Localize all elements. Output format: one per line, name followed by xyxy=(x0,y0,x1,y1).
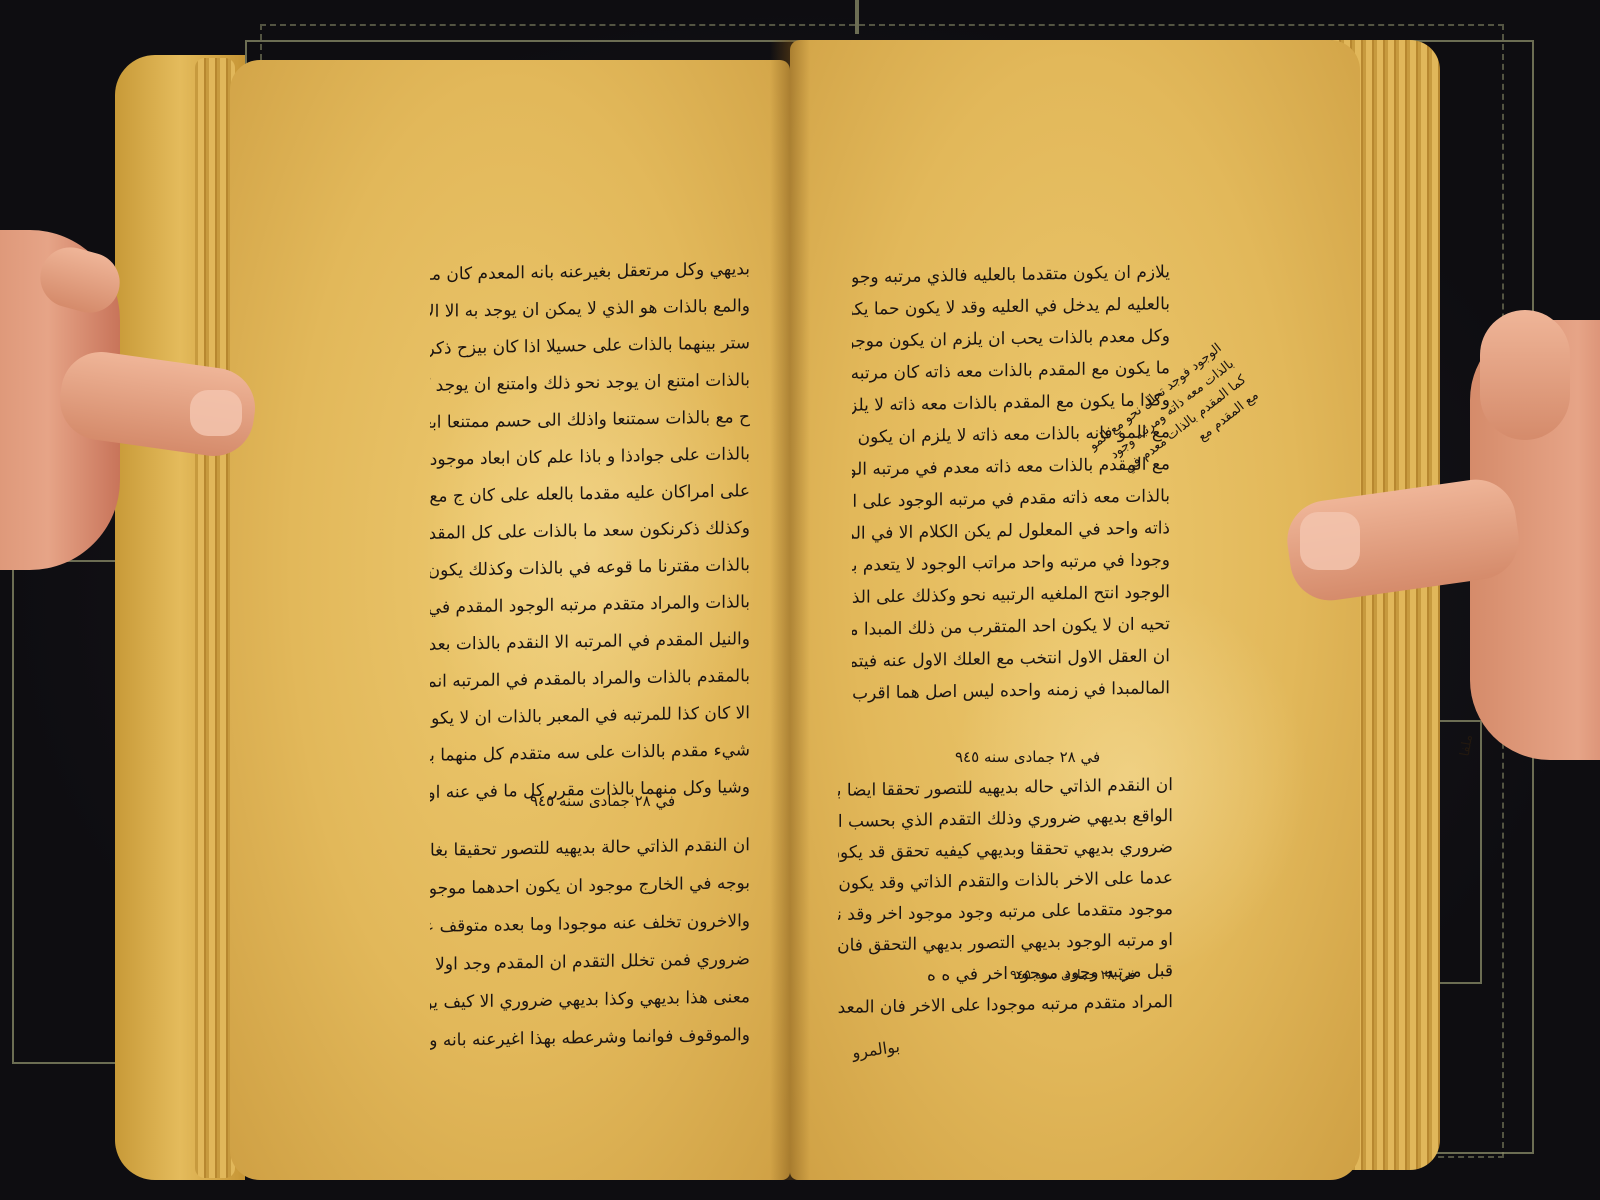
text-line: الواقع بديهي ضروري وذلك التقدم الذي بحسب… xyxy=(838,806,1173,832)
left-page-stack xyxy=(195,58,235,1178)
text-line: بالذات امتنع ان يوجد نحو ذلك وامتنع ان ي… xyxy=(430,370,750,396)
text-line: المالمبدا في زمنه واحده ليس اصل هما اقرب… xyxy=(852,678,1170,704)
mat-frame-line-right xyxy=(1440,720,1482,984)
text-line: شيء مقدم بالذات على سه متقدم كل منهما با… xyxy=(430,740,750,766)
text-line: ضروري بديهي تحققا وبديهي كيفيه تحقق قد ي… xyxy=(838,837,1173,863)
right-page-second-date: في ٢٨ جمادى سنه ٩٤٥ xyxy=(1010,968,1136,983)
right-page-date-colophon: في ٢٨ جمادى سنه ٩٤٥ xyxy=(955,748,1100,766)
text-line: بالمقدم بالذات والمراد بالمقدم في المرتب… xyxy=(430,666,750,692)
text-line: ستر بينهما بالذات على حسيلا اذا كان بيزح… xyxy=(430,333,750,359)
text-line: ح مع بالذات سمتنعا واذلك الى حسم ممتنعا … xyxy=(430,407,750,433)
text-line: ان العقل الاول انتخب مع العلك الاول عنه … xyxy=(852,646,1170,672)
text-line: الوجود انتح الملغيه الرتبيه نحو وكذلك عل… xyxy=(852,582,1170,608)
book-gutter xyxy=(770,40,810,1180)
text-line: بالذات على جوادذا و باذا علم كان ابعاد م… xyxy=(430,444,750,470)
text-line: او مرتبه الوجود بديهي التصور بديهي التحق… xyxy=(838,930,1173,956)
left-page-date-colophon: في ٢٨ جمادى سنه ٩٤٥ xyxy=(530,792,675,810)
left-thumb-nail xyxy=(190,390,242,436)
text-line: والمع بالذات هو الذي لا يمكن ان يوجد به … xyxy=(430,296,750,322)
text-line: بالعليه لم يدخل في العليه وقد لا يكون حم… xyxy=(852,294,1170,320)
left-page-main-text: بديهي وكل مرتعقل بغيرعنه بانه المعدم كان… xyxy=(430,262,750,800)
text-line: معنى هذا بديهي وكذا بديهي ضروري الا كيف … xyxy=(430,987,750,1013)
right-thumb-nail xyxy=(1300,512,1360,570)
left-page-lower-text: ان النقدم الذاتي حالة بديهيه للتصور تحقي… xyxy=(430,838,750,1048)
text-line: موجود متقدما على مرتبه وجود موجود اخر وق… xyxy=(838,899,1173,925)
text-line: ان النقدم الذاتي حاله بديهيه للتصور تحقق… xyxy=(838,775,1173,801)
text-line: على امراكان عليه مقدما بالعله على كان ج … xyxy=(430,481,750,507)
mat-frame-divider xyxy=(855,0,859,34)
text-line: عدما على الاخر بالذات والتقدم الذاتي وقد… xyxy=(838,868,1173,894)
text-line: وكل معدم بالذات يحب ان يلزم ان يكون موجو… xyxy=(852,326,1170,352)
text-line: بديهي وكل مرتعقل بغيرعنه بانه المعدم كان… xyxy=(430,259,750,285)
text-line: وجودا في مرتبه واحد مراتب الوجود لا يتعد… xyxy=(852,550,1170,576)
text-line: بوجه في الخارج موجود ان يكون احدهما موجو… xyxy=(430,873,750,899)
text-line: بالذات معه ذاته مقدم في مرتبه الوجود على… xyxy=(852,486,1170,512)
text-line: المراد متقدم مرتبه موجودا على الاخر فان … xyxy=(838,992,1173,1018)
text-line: ما يكون مع المقدم بالذات معه ذاته كان مر… xyxy=(852,358,1170,384)
text-line: ان النقدم الذاتي حالة بديهيه للتصور تحقي… xyxy=(430,835,750,861)
right-hand-finger-upper xyxy=(1480,310,1570,440)
text-line: بالذات والمراد متقدم مرتبه الوجود المقدم… xyxy=(430,592,750,618)
text-line: ذاته واحد في المعلول لم يكن الكلام الا ف… xyxy=(852,518,1170,544)
text-line: الا كان كذا للمرتبه في المعبر بالذات ان … xyxy=(430,703,750,729)
text-line: ضروري فمن تخلل التقدم ان المقدم وجد اولا… xyxy=(430,949,750,975)
text-line: والاخرون تخلف عنه موجودا وما بعده متوقف … xyxy=(430,911,750,937)
text-line: وكذلك ذكرنكون سعد ما بالذات على كل المقد… xyxy=(430,518,750,544)
text-line: بالذات مقترنا ما قوعه في بالذات وكذلك يك… xyxy=(430,555,750,581)
text-line: تحيه ان لا يكون احد المتقرب من ذلك المبد… xyxy=(852,614,1170,640)
text-line: يلازم ان يكون متقدما بالعليه فالذي مرتبه… xyxy=(852,262,1170,288)
text-line: والنيل المقدم في المرتبه الا النقدم بالذ… xyxy=(430,629,750,655)
text-line: والموقوف فوانما وشرعطه بهذا اغيرعنه بانه… xyxy=(430,1025,750,1051)
